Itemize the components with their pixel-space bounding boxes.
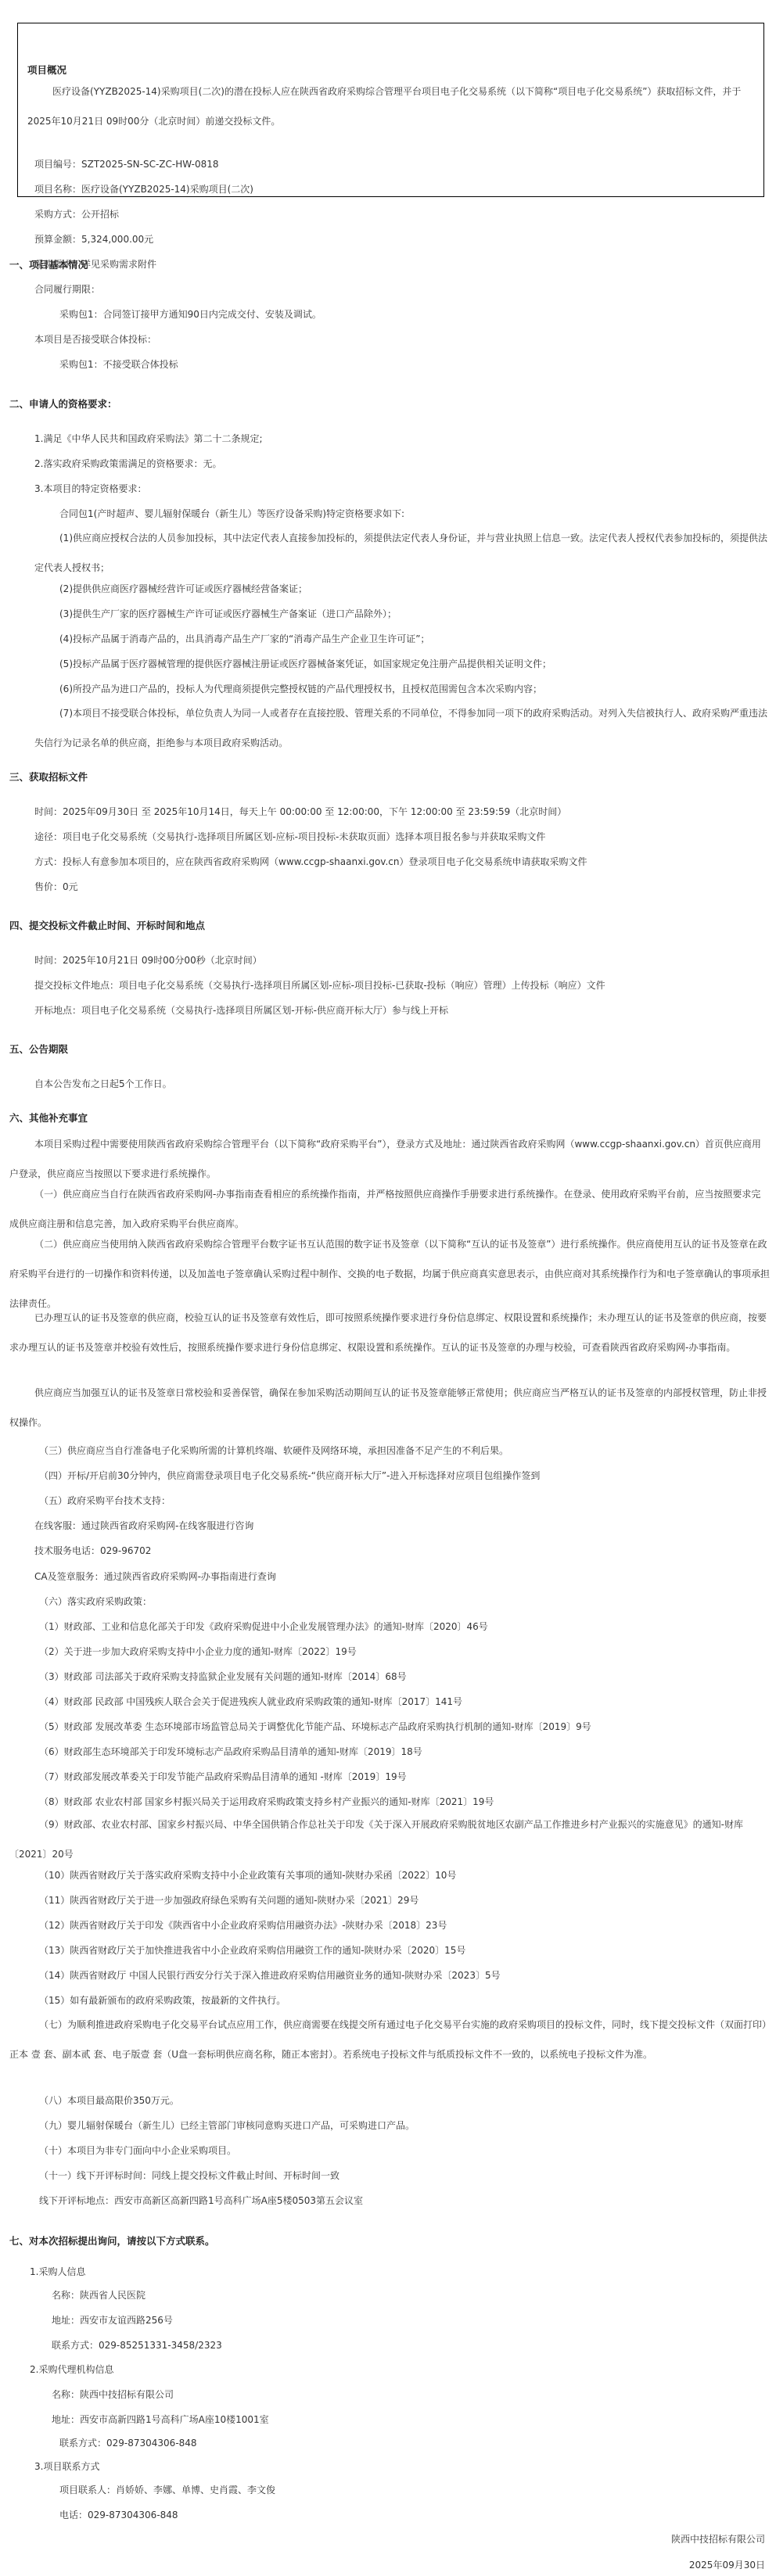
requirement-5: (5)投标产品属于医疗器械管理的提供医疗器械注册证或医疗器械备案凭证，如国家规定… xyxy=(59,658,551,670)
section-heading-obtain-docs: 三、获取招标文件 xyxy=(9,771,88,784)
notice-period-text: 自本公告发布之日起5个工作日。 xyxy=(34,1078,172,1090)
policy-13: （13）陕西省财政厅关于加快推进我省中小企业政府采购信用融资工作的通知-陕财办采… xyxy=(39,1944,465,1957)
procurement-method: 采购方式：公开招标 xyxy=(34,208,119,221)
policy-4: （4）财政部 民政部 中国残疾人联合会关于促进残疾人就业政府采购政策的通知-财库… xyxy=(39,1695,462,1708)
agency-contact: 联系方式：029-87304306-848 xyxy=(59,2437,197,2449)
policy-11: （11）陕西省财政厅关于进一步加强政府绿色采购有关问题的通知-陕财办采〔2021… xyxy=(39,1894,419,1907)
supplementary-item-3: （三）供应商应当自行准备电子化采购所需的计算机终端、软硬件及网络环境，承担因准备… xyxy=(39,1444,508,1457)
package1-requirements-intro: 合同包1(产时超声、婴儿辐射保暖台（新生儿）等医疗设备采购)特定资格要求如下: xyxy=(59,508,404,520)
budget-amount: 预算金额：5,324,000.00元 xyxy=(34,233,153,246)
online-service: 在线客服：通过陕西省政府采购网-在线客服进行咨询 xyxy=(34,1519,253,1532)
supplementary-item-6: （六）落实政府采购政策： xyxy=(39,1595,152,1608)
policy-3: （3）财政部 司法部关于政府采购支持监狱企业发展有关问题的通知-财库〔2014〕… xyxy=(39,1670,407,1683)
project-contact-phone: 电话：029-87304306-848 xyxy=(59,2509,178,2521)
obtain-channel: 途径：项目电子化交易系统（交易执行-选择项目所属区划-应标-项目投标-未获取页面… xyxy=(34,831,545,843)
project-contact-title: 3.项目联系方式 xyxy=(34,2460,99,2473)
project-number: 项目编号：SZT2025-SN-SC-ZC-HW-0818 xyxy=(34,158,219,170)
supplementary-item-4: （四）开标/开启前30分钟内，供应商需登录项目电子化交易系统-“供应商开标大厅”… xyxy=(39,1469,540,1482)
joint-bid-label: 本项目是否接受联合体投标： xyxy=(34,333,156,346)
policy-2: （2）关于进一步加大政府采购支持中小企业力度的通知-财库〔2022〕19号 xyxy=(39,1645,357,1658)
obtain-time: 时间：2025年09月30日 至 2025年10月14日，每天上午 00:00:… xyxy=(34,805,566,818)
requirement-6: (6)所投产品为进口产品的，投标人为代理商须提供完整授权链的产品代理授权书，且授… xyxy=(59,683,542,695)
agency-info-title: 2.采购代理机构信息 xyxy=(30,2363,113,2376)
supplementary-cert-custody: 供应商应当加强互认的证书及签章日常校验和妥善保管，确保在参加采购活动期间互认的证… xyxy=(9,1378,770,1437)
section-heading-notice-period: 五、公告期限 xyxy=(9,1043,68,1056)
supplementary-item-11: （十一）线下开评标时间：同线上提交投标文件截止时间、开标时间一致 xyxy=(39,2169,339,2182)
qualification-3: 3.本项目的特定资格要求： xyxy=(34,483,146,495)
qualification-2: 2.落实政府采购政策需满足的资格要求：无。 xyxy=(34,457,221,470)
section-heading-contact: 七、对本次招标提出询问，请按以下方式联系。 xyxy=(9,2235,215,2248)
policy-7: （7）财政部发展改革委关于印发节能产品政府采购品目清单的通知 -财库〔2019〕… xyxy=(39,1771,407,1783)
buyer-contact: 联系方式：029-85251331-3458/2323 xyxy=(52,2339,222,2352)
procurement-requirement: 采购需求：详见采购需求附件 xyxy=(34,258,156,271)
section-heading-supplementary: 六、其他补充事宜 xyxy=(9,1112,88,1125)
obtain-method: 方式：投标人有意参加本项目的，应在陕西省政府采购网（www.ccgp-shaan… xyxy=(34,856,587,868)
supplementary-cert-note: 已办理互认的证书及签章的供应商，校验互认的证书及签章有效性后，即可按照系统操作要… xyxy=(9,1303,770,1362)
supplementary-item-8: （八）本项目最高限价350万元。 xyxy=(39,2094,179,2107)
project-contact-people: 项目联系人：肖娇娇、李娜、单博、史肖霞、李文俊 xyxy=(59,2484,275,2496)
obtain-price: 售价：0元 xyxy=(34,881,78,893)
policy-14: （14）陕西省财政厅 中国人民银行西安分行关于深入推进政府采购信用融资业务的通知… xyxy=(39,1969,501,1982)
policy-6: （6）财政部生态环境部关于印发环境标志产品政府采购品目清单的通知-财库〔2019… xyxy=(39,1745,422,1758)
joint-bid-package1: 采购包1：不接受联合体投标 xyxy=(59,358,178,371)
signature-date: 2025年09月30日 xyxy=(689,2559,765,2571)
signature-company: 陕西中技招标有限公司 xyxy=(671,2533,765,2546)
submission-location: 提交投标文件地点：项目电子化交易系统（交易执行-选择项目所属区划-应标-项目投标… xyxy=(34,979,605,992)
deadline-time: 时间：2025年10月21日 09时00分00秒（北京时间） xyxy=(34,954,262,967)
agency-address: 地址：西安市高新四路1号高科广场A座10楼1001室 xyxy=(52,2413,269,2426)
policy-9: （9）财政部、农业农村部、国家乡村振兴局、中华全国供销合作总社关于印发《关于深入… xyxy=(9,1810,770,1869)
contract-period-label: 合同履行期限： xyxy=(34,283,100,296)
requirement-7: (7)本项目不接受联合体投标，单位负责人为同一人或者存在直接控股、管理关系的不同… xyxy=(34,698,770,758)
buyer-address: 地址：西安市友谊西路256号 xyxy=(52,2314,173,2327)
supplementary-item-7: （七）为顺利推进政府采购电子化交易平台试点应用工作，供应商需要在线提交所有通过电… xyxy=(9,2010,770,2069)
requirement-4: (4)投标产品属于消毒产品的，出具消毒产品生产厂家的“消毒产品生产企业卫生许可证… xyxy=(59,633,429,645)
qualification-1: 1.满足《中华人民共和国政府采购法》第二十二条规定; xyxy=(34,432,263,445)
policy-1: （1）财政部、工业和信息化部关于印发《政府采购促进中小企业发展管理办法》的通知-… xyxy=(39,1620,488,1633)
policy-10: （10）陕西省财政厅关于落实政府采购支持中小企业政策有关事项的通知-陕财办采函〔… xyxy=(39,1869,456,1882)
overview-title: 项目概况 xyxy=(27,64,66,77)
requirement-3: (3)提供生产厂家的医疗器械生产许可证或医疗器械生产备案证（进口产品除外）； xyxy=(59,608,397,620)
buyer-info-title: 1.采购人信息 xyxy=(30,2266,85,2278)
section-heading-qualifications: 二、申请人的资格要求： xyxy=(9,398,117,411)
supplementary-item-9: （九）婴儿辐射保暖台（新生儿）已经主管部门审核同意购买进口产品，可采购进口产品。 xyxy=(39,2119,415,2132)
supplementary-item-5: （五）政府采购平台技术支持： xyxy=(39,1494,171,1507)
offline-opening-location: 线下开评标地点：西安市高新区高新四路1号高科广场A座5楼0503第五会议室 xyxy=(39,2194,363,2207)
policy-5: （5）财政部 发展改革委 生态环境部市场监管总局关于调整优化节能产品、环境标志产… xyxy=(39,1720,591,1733)
overview-text: 医疗设备(YYZB2025-14)采购项目(二次)的潜在投标人应在陕西省政府采购… xyxy=(27,77,755,136)
section-heading-deadline: 四、提交投标文件截止时间、开标时间和地点 xyxy=(9,920,205,932)
tech-service-phone: 技术服务电话：029-96702 xyxy=(34,1545,151,1557)
project-name: 项目名称：医疗设备(YYZB2025-14)采购项目(二次) xyxy=(34,183,253,196)
requirement-2: (2)提供供应商医疗器械经营许可证或医疗器械经营备案证； xyxy=(59,583,307,595)
supplementary-item-10: （十）本项目为非专门面向中小企业采购项目。 xyxy=(39,2144,236,2157)
agency-name: 名称：陕西中技招标有限公司 xyxy=(52,2388,174,2401)
requirement-1: (1)供应商应授权合法的人员参加投标，其中法定代表人直接参加投标的，须提供法定代… xyxy=(34,523,770,583)
buyer-name: 名称：陕西省人民医院 xyxy=(52,2289,145,2302)
policy-12: （12）陕西省财政厅关于印发《陕西省中小企业政府采购信用融资办法》-陕财办采〔2… xyxy=(39,1919,447,1932)
ca-service: CA及签章服务：通过陕西省政府采购网-办事指南进行查询 xyxy=(34,1570,276,1583)
policy-8: （8）财政部 农业农村部 国家乡村振兴局关于运用政府采购政策支持乡村产业振兴的通… xyxy=(39,1796,494,1808)
overview-box: 项目概况 医疗设备(YYZB2025-14)采购项目(二次)的潜在投标人应在陕西… xyxy=(17,23,764,197)
contract-period-package1: 采购包1：合同签订接甲方通知90日内完成交付、安装及调试。 xyxy=(59,308,322,321)
opening-location: 开标地点：项目电子化交易系统（交易执行-选择项目所属区划-开标-供应商开标大厅）… xyxy=(34,1004,448,1017)
policy-15: （15）如有最新颁布的政府采购政策，按最新的文件执行。 xyxy=(39,1994,286,2007)
